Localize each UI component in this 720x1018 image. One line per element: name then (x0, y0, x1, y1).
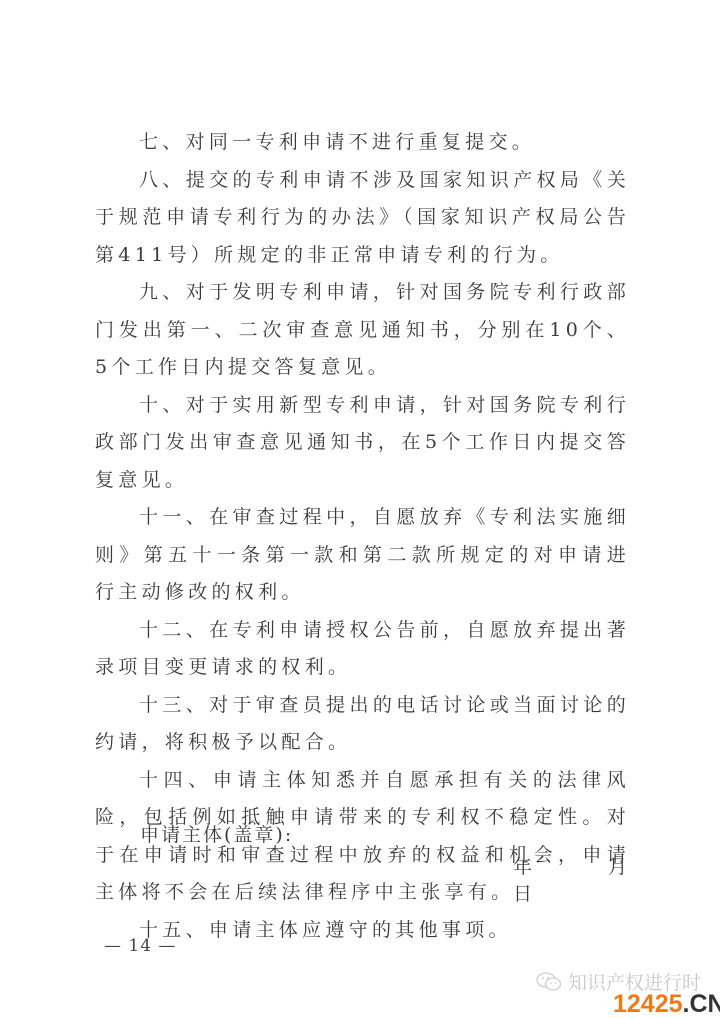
date-day: 日 (513, 883, 532, 905)
site-watermark: 12425.CN (613, 990, 720, 1018)
paragraph-9: 九、对于发明专利申请，针对国务院专利行政部门发出第一、二次审查意见通知书，分别在… (95, 274, 630, 387)
date-month: 月 (608, 856, 627, 878)
paragraph-11: 十一、在审查过程中，自愿放弃《专利法实施细则》第五十一条第一款和第二款所规定的对… (95, 499, 630, 612)
date-line: 年 月 日 (513, 852, 720, 906)
paragraph-12: 十二、在专利申请授权公告前，自愿放弃提出著录项目变更请求的权利。 (95, 612, 630, 687)
paragraph-7: 七、对同一专利申请不进行重复提交。 (95, 124, 630, 162)
paragraph-8: 八、提交的专利申请不涉及国家知识产权局《关于规范申请专利行为的办法》（国家知识产… (95, 162, 630, 275)
document-page: 七、对同一专利申请不进行重复提交。 八、提交的专利申请不涉及国家知识产权局《关于… (0, 0, 720, 1018)
site-number: 12425 (613, 990, 683, 1018)
signature-label: 申请主体(盖章): (140, 820, 293, 847)
page-number: — 14 — (104, 936, 176, 956)
wechat-icon (536, 972, 562, 992)
paragraph-13: 十三、对于审查员提出的电话讨论或当面讨论的约请，将积极予以配合。 (95, 687, 630, 762)
paragraph-10: 十、对于实用新型专利申请，针对国务院专利行政部门发出审查意见通知书，在5个工作日… (95, 387, 630, 500)
site-domain: .CN (683, 990, 720, 1018)
date-year: 年 (513, 856, 532, 878)
